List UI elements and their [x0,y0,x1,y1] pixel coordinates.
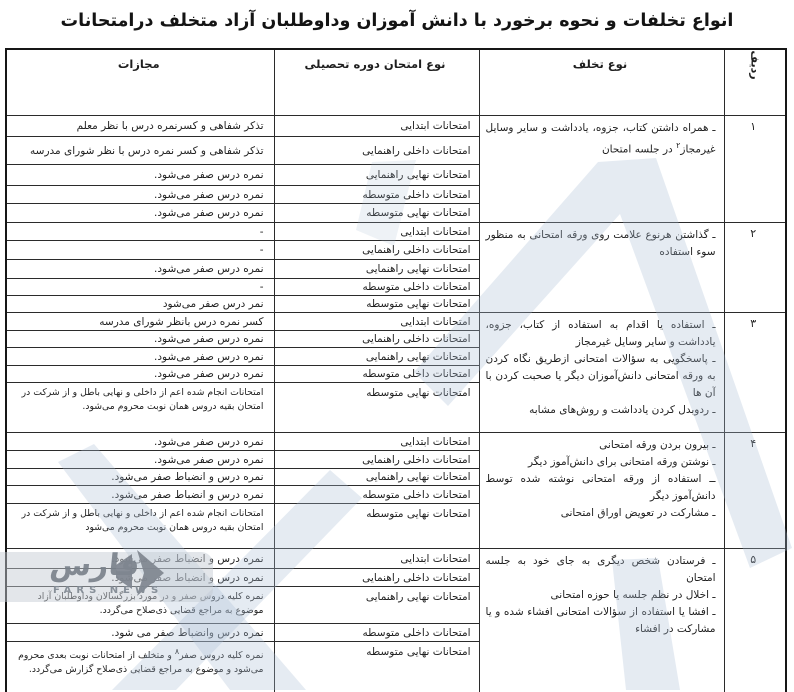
penalty-cell: نمره درس صفر می‌شود. [6,348,274,366]
violation-cell: ـ استفاده یا اقدام به استفاده از کتاب، ج… [479,313,724,433]
exam-type-cell: امتحانات نهایی متوسطه [274,504,479,549]
penalty-cell: - [6,241,274,260]
row-number: ۱ [724,116,786,223]
exam-type-cell: امتحانات ابتدایی [274,433,479,451]
violation-cell: ـ گذاشتن هرنوع علامت روی ورقه امتحانی به… [479,223,724,313]
exam-type-cell: امتحانات ابتدایی [274,223,479,241]
exam-type-cell: امتحانات نهایی متوسطه [274,204,479,223]
exam-type-cell: امتحانات داخلی راهنمایی [274,241,479,260]
exam-type-cell: امتحانات داخلی متوسطه [274,279,479,296]
exam-type-cell: امتحانات ابتدایی [274,116,479,137]
violation-cell: ـ همراه داشتن کتاب، جزوه، یادداشت و سایر… [479,116,724,223]
row-number: ۵ [724,549,786,692]
table-row: ۱ ـ همراه داشتن کتاب، جزوه، یادداشت و سا… [6,116,786,137]
penalty-cell: نمر درس صفر می‌شود [6,296,274,313]
penalty-cell: - [6,223,274,241]
column-header-exam: نوع امتحان دوره تحصیلی [274,49,479,116]
penalty-cell: نمره درس صفر می‌شود. [6,366,274,383]
fars-news-watermark-latin: FARS NEWS [53,585,163,596]
table-header-row: ردیف نوع تخلف نوع امتحان دوره تحصیلی مجا… [6,49,786,116]
page-title: انواع تخلفات و نحوه برخورد با دانش آموزا… [0,11,794,31]
column-header-penalty: مجازات [6,49,274,116]
exam-type-cell: امتحانات نهایی راهنمایی [274,469,479,486]
exam-type-cell: امتحانات نهایی متوسطه [274,383,479,433]
penalty-cell: نمره درس صفر می‌شود. [6,433,274,451]
row-number: ۴ [724,433,786,549]
exam-type-cell: امتحانات ابتدایی [274,549,479,569]
document-page: انواع تخلفات و نحوه برخورد با دانش آموزا… [0,0,794,692]
penalty-cell: - [6,279,274,296]
penalty-cell: نمره درس و انضباط صفر می‌شود. [6,469,274,486]
penalty-cell: نمره درس صفر می‌شود. [6,451,274,469]
exam-type-cell: امتحانات داخلی راهنمایی [274,451,479,469]
exam-type-cell: امتحانات داخلی راهنمایی [274,331,479,348]
penalty-cell: نمره درس و انضباط صفر می‌شود. [6,486,274,504]
exam-type-cell: امتحانات نهایی راهنمایی [274,348,479,366]
exam-type-cell: امتحانات داخلی راهنمایی [274,569,479,587]
exam-type-cell: امتحانات داخلی راهنمایی [274,137,479,165]
exam-type-cell: امتحانات ابتدایی [274,313,479,331]
penalty-cell: نمره کلیه دروس صفر۸ و متخلف از امتحانات … [6,642,274,692]
table-row: ۳ ـ استفاده یا اقدام به استفاده از کتاب،… [6,313,786,331]
violation-cell: ـ بیرون بردن ورقه امتحانی ـ نوشتن ورقه ا… [479,433,724,549]
penalty-cell: تذکر شفاهی و کسرنمره درس با نظر معلم [6,116,274,137]
penalty-cell: نمره درس صفر می‌شود. [6,260,274,279]
penalty-cell: نمره درس صفر می‌شود. [6,165,274,186]
penalty-cell: نمره درس وانضباط صفر می شود. [6,624,274,642]
table-row: ۴ ـ بیرون بردن ورقه امتحانی ـ نوشتن ورقه… [6,433,786,451]
exam-type-cell: امتحانات داخلی متوسطه [274,366,479,383]
penalty-text: نمره کلیه دروس صفر [179,650,263,661]
penalty-cell: تذکر شفاهی و کسر نمره درس با نظر شورای م… [6,137,274,165]
violation-text: در جلسه امتحان [602,144,676,156]
row-number: ۲ [724,223,786,313]
exam-type-cell: امتحانات نهایی راهنمایی [274,260,479,279]
penalty-cell: نمره درس صفر می‌شود. [6,331,274,348]
violation-cell: ـ فرستادن شخص دیگری به جای خود به جلسه ا… [479,549,724,692]
table-row: ۲ ـ گذاشتن هرنوع علامت روی ورقه امتحانی … [6,223,786,241]
penalty-cell: نمره درس صفر می‌شود. [6,186,274,204]
exam-type-cell: امتحانات داخلی متوسطه [274,486,479,504]
column-header-violation: نوع تخلف [479,49,724,116]
column-header-row-number: ردیف [724,49,786,116]
penalty-cell: امتحانات انجام شده اعم از داخلی و نهایی … [6,383,274,433]
exam-type-cell: امتحانات داخلی متوسطه [274,624,479,642]
exam-type-cell: امتحانات نهایی راهنمایی [274,587,479,624]
exam-type-cell: امتحانات نهایی متوسطه [274,296,479,313]
penalty-cell: امتحانات انجام شده اعم از داخلی و نهایی … [6,504,274,549]
violation-text: ـ همراه داشتن کتاب، جزوه، یادداشت و سایر… [486,122,716,156]
exam-type-cell: امتحانات نهایی راهنمایی [274,165,479,186]
exam-type-cell: امتحانات داخلی متوسطه [274,186,479,204]
row-number: ۳ [724,313,786,433]
exam-type-cell: امتحانات نهایی متوسطه [274,642,479,692]
penalty-cell: نمره درس صفر می‌شود. [6,204,274,223]
penalty-cell: کسر نمره درس بانظر شورای مدرسه [6,313,274,331]
